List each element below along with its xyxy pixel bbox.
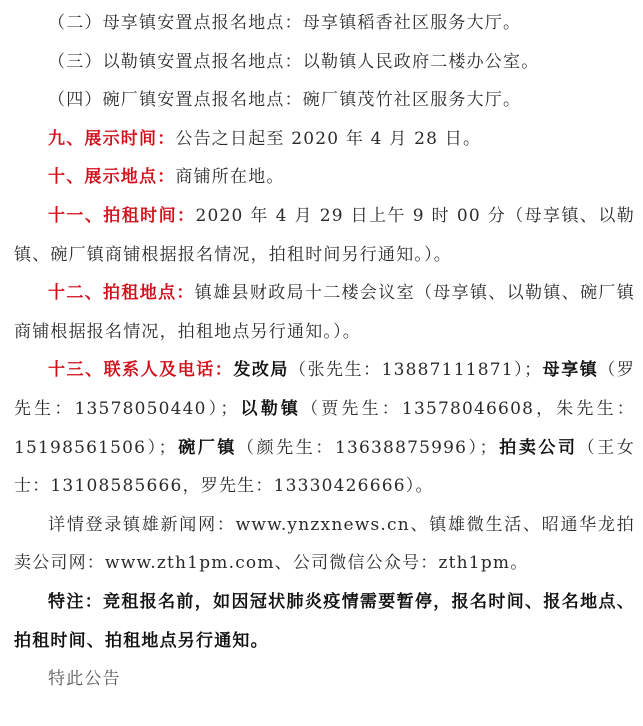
section-heading: 九、展示时间： (48, 129, 175, 149)
registration-location-wanchang: （四）碗厂镇安置点报名地点：碗厂镇茂竹社区服务大厅。 (14, 81, 635, 120)
closing-statement: 特此公告 (14, 660, 635, 699)
section-heading: 十一、拍租时间： (48, 206, 195, 226)
registration-location-yile: （三）以勒镇安置点报名地点：以勒镇人民政府二楼办公室。 (14, 43, 635, 82)
auction-location-section: 十二、拍租地点：镇雄县财政局十二楼会议室（母享镇、以勒镇、碗厂镇商铺根据报名情况… (14, 274, 635, 351)
contact-org: 发改局 (233, 360, 289, 380)
registration-location-muxiang: （二）母享镇安置点报名地点：母享镇稻香社区服务大厅。 (14, 4, 635, 43)
notice-document: （二）母享镇安置点报名地点：母享镇稻香社区服务大厅。 （三）以勒镇安置点报名地点… (0, 0, 643, 699)
section-heading: 十二、拍租地点： (48, 283, 195, 303)
display-time-section: 九、展示时间：公告之日起至 2020 年 4 月 28 日。 (14, 120, 635, 159)
section-body: 公告之日起至 2020 年 4 月 28 日。 (175, 129, 481, 149)
section-body: 商铺所在地。 (175, 167, 284, 187)
section-heading: 十三、联系人及电话： (48, 360, 233, 380)
auction-time-section: 十一、拍租时间：2020 年 4 月 29 日上午 9 时 00 分（母享镇、以… (14, 197, 635, 274)
contact-org: 碗厂镇 (177, 438, 237, 458)
contact-org: 以勒镇 (239, 399, 302, 419)
contact-info: （颜先生：13638875996）； (237, 438, 498, 458)
contacts-section: 十三、联系人及电话：发改局（张先生：13887111871）；母享镇（罗先生：1… (14, 351, 635, 505)
contact-org: 拍卖公司 (498, 438, 578, 458)
details-links-paragraph: 详情登录镇雄新闻网：www.ynzxnews.cn、镇雄微生活、昭通华龙拍卖公司… (14, 506, 635, 583)
display-location-section: 十、展示地点：商铺所在地。 (14, 158, 635, 197)
contact-info: （张先生：13887111871）； (289, 360, 542, 380)
contact-org: 母享镇 (542, 360, 598, 380)
section-heading: 十、展示地点： (48, 167, 175, 187)
special-note-paragraph: 特注：竞租报名前，如因冠状肺炎疫情需要暂停，报名时间、报名地点、拍租时间、拍租地… (14, 583, 635, 660)
